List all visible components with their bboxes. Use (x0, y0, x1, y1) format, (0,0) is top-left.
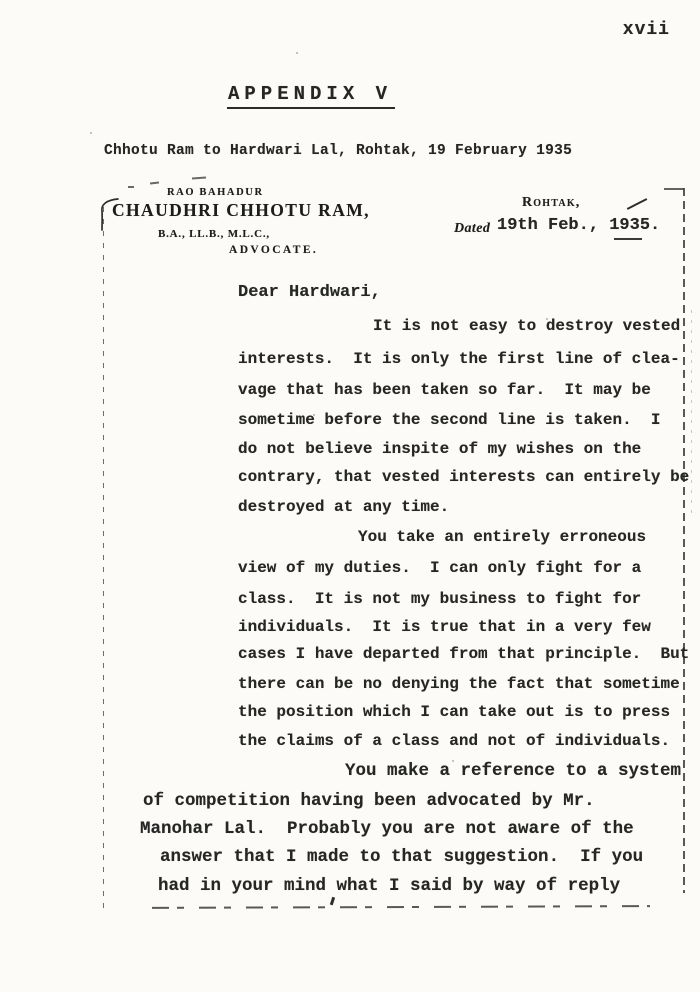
right-margin-ghost-line (691, 310, 692, 520)
bottom-ink-tick (330, 897, 335, 905)
right-margin-line-hook (664, 188, 684, 190)
letter-line: the claims of a class and not of individ… (238, 732, 670, 750)
letter-line: the position which I can take out is to … (238, 703, 670, 721)
appendix-heading: APPENDIX V (227, 83, 395, 109)
right-margin-line (683, 188, 685, 893)
letter-line: Manohar Lal. Probably you are not aware … (140, 819, 634, 839)
letter-salutation: Dear Hardwari, (238, 283, 381, 302)
letter-line: destroyed at any time. (238, 498, 449, 516)
letter-line: there can be no denying the fact that so… (238, 675, 680, 693)
letter-line: view of my duties. I can only fight for … (238, 559, 641, 577)
ink-dash-mark (150, 182, 159, 185)
date-underline-mark (614, 238, 642, 240)
letterhead-place: Rohtak, (522, 195, 581, 211)
ink-dash-mark (192, 177, 206, 180)
pen-tick-mark (627, 198, 647, 210)
paper-speck (296, 52, 298, 54)
letterhead-name: CHAUDHRI CHHOTU RAM, (112, 200, 370, 221)
letter-line: It is not easy to destroy vested (373, 317, 680, 335)
paper-speck (90, 132, 92, 134)
scanned-letter-page: xvii APPENDIX V Chhotu Ram to Hardwari L… (0, 0, 700, 992)
letter-line: You make a reference to a system (345, 761, 681, 781)
letter-line: of competition having been advocated by … (143, 791, 595, 811)
page-number: xvii (623, 20, 670, 40)
letterhead-date-label: Dated (454, 221, 490, 237)
letter-line: You take an entirely erroneous (358, 528, 646, 546)
letter-line: do not believe inspite of my wishes on t… (238, 440, 641, 458)
letter-line: answer that I made to that suggestion. I… (160, 847, 643, 867)
letter-line: had in your mind what I said by way of r… (158, 876, 620, 896)
letter-line: class. It is not my business to fight fo… (238, 590, 641, 608)
letterhead-bracket-mark (97, 196, 121, 237)
letterhead-title: ADVOCATE. (229, 244, 318, 256)
letter-line: interests. It is only the first line of … (238, 350, 680, 368)
left-margin-line (103, 207, 104, 908)
letter-line: contrary, that vested interests can enti… (238, 468, 689, 486)
letter-line: individuals. It is true that in a very f… (238, 618, 651, 636)
letter-line: cases I have departed from that principl… (238, 645, 689, 663)
letterhead-honorific: RAO BAHADUR (167, 187, 264, 198)
letter-line: sometime before the second line is taken… (238, 411, 660, 429)
letterhead-date-value: 19th Feb., 1935. (497, 216, 660, 235)
ink-dash-mark (128, 186, 134, 188)
document-caption: Chhotu Ram to Hardwari Lal, Rohtak, 19 F… (104, 143, 572, 159)
bottom-dashed-rule (152, 905, 650, 908)
letterhead-qualifications: B.A., LL.B., M.L.C., (158, 228, 270, 240)
letter-line: vage that has been taken so far. It may … (238, 381, 651, 399)
